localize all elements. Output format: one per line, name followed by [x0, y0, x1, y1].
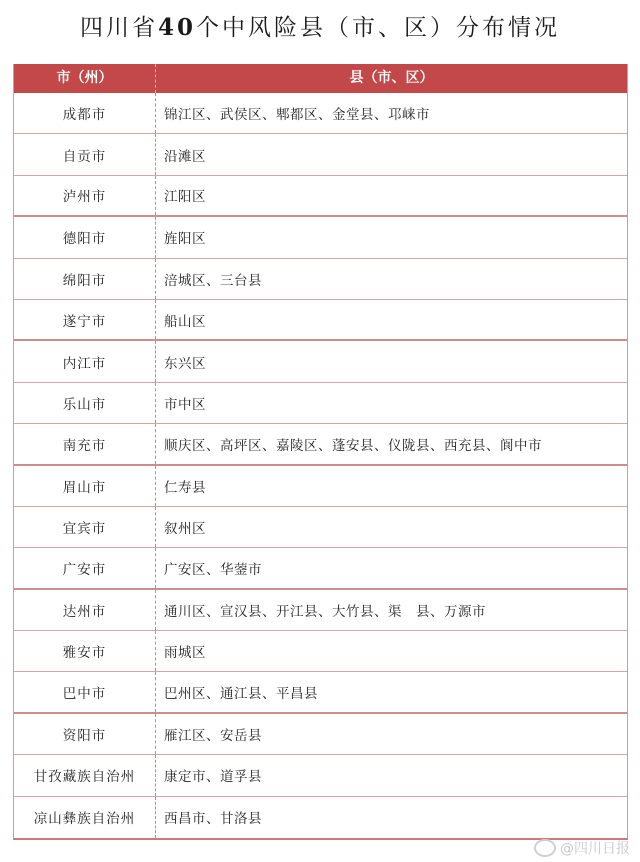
counties-cell: 市中区 — [156, 383, 627, 423]
city-cell: 达州市 — [14, 590, 156, 630]
counties-cell: 雨城区 — [156, 631, 627, 671]
city-cell: 泸州市 — [14, 176, 156, 215]
city-cell: 雅安市 — [14, 631, 156, 671]
table-row: 自贡市沿滩区 — [14, 134, 627, 175]
counties-cell: 康定市、道孚县 — [156, 755, 627, 795]
table-row: 绵阳市涪城区、三台县 — [14, 259, 627, 300]
table-row: 宜宾市叙州区 — [14, 507, 627, 548]
counties-cell: 沿滩区 — [156, 134, 627, 174]
table-row: 凉山彝族自治州西昌市、甘洛县 — [14, 797, 627, 838]
table-row: 资阳市雁江区、安岳县 — [14, 714, 627, 755]
city-cell: 南充市 — [14, 424, 156, 463]
counties-cell: 仁寿县 — [156, 466, 627, 506]
city-cell: 广安市 — [14, 548, 156, 587]
city-cell: 绵阳市 — [14, 259, 156, 299]
table-row: 成都市锦江区、武侯区、郫都区、金堂县、邛崃市 — [14, 93, 627, 134]
table-body: 成都市锦江区、武侯区、郫都区、金堂县、邛崃市 自贡市沿滩区 泸州市江阳区 德阳市… — [14, 93, 627, 838]
city-cell: 自贡市 — [14, 134, 156, 174]
risk-area-table: 市（州） 县（市、区） 成都市锦江区、武侯区、郫都区、金堂县、邛崃市 自贡市沿滩… — [13, 64, 628, 840]
city-cell: 眉山市 — [14, 466, 156, 506]
title-number: 40 — [158, 14, 196, 41]
title-suffix: 个中风险县（市、区）分布情况 — [196, 15, 560, 41]
table-row: 巴中市巴州区、通江县、平昌县 — [14, 672, 627, 713]
page-title: 四川省40个中风险县（市、区）分布情况 — [0, 10, 640, 46]
counties-cell: 东兴区 — [156, 341, 627, 381]
weibo-icon — [534, 839, 556, 857]
table-row: 乐山市市中区 — [14, 383, 627, 424]
table-row: 雅安市雨城区 — [14, 631, 627, 672]
city-cell: 甘孜藏族自治州 — [14, 755, 156, 795]
table-header: 市（州） 县（市、区） — [14, 64, 627, 93]
city-cell: 遂宁市 — [14, 300, 156, 339]
city-cell: 成都市 — [14, 93, 156, 133]
table-row: 广安市广安区、华蓥市 — [14, 548, 627, 589]
watermark-text: @四川日报 — [560, 838, 630, 858]
table-row: 南充市顺庆区、高坪区、嘉陵区、蓬安县、仪陇县、西充县、阆中市 — [14, 424, 627, 465]
counties-cell: 船山区 — [156, 300, 627, 339]
city-cell: 凉山彝族自治州 — [14, 797, 156, 838]
counties-cell: 锦江区、武侯区、郫都区、金堂县、邛崃市 — [156, 93, 627, 133]
counties-cell: 江阳区 — [156, 176, 627, 215]
counties-cell: 雁江区、安岳县 — [156, 714, 627, 754]
counties-cell: 通川区、宣汉县、开江县、大竹县、渠 县、万源市 — [156, 590, 627, 630]
city-cell: 资阳市 — [14, 714, 156, 754]
table-row: 德阳市旌阳区 — [14, 217, 627, 258]
counties-cell: 涪城区、三台县 — [156, 259, 627, 299]
city-cell: 巴中市 — [14, 672, 156, 711]
counties-cell: 顺庆区、高坪区、嘉陵区、蓬安县、仪陇县、西充县、阆中市 — [156, 424, 627, 463]
counties-cell: 叙州区 — [156, 507, 627, 547]
city-cell: 德阳市 — [14, 217, 156, 257]
title-prefix: 四川省 — [80, 15, 158, 41]
city-cell: 乐山市 — [14, 383, 156, 423]
counties-cell: 巴州区、通江县、平昌县 — [156, 672, 627, 711]
table-row: 内江市东兴区 — [14, 341, 627, 382]
header-counties: 县（市、区） — [156, 64, 627, 93]
header-city: 市（州） — [14, 64, 156, 93]
city-cell: 宜宾市 — [14, 507, 156, 547]
table-row: 甘孜藏族自治州康定市、道孚县 — [14, 755, 627, 796]
watermark: @四川日报 — [534, 838, 630, 858]
city-cell: 内江市 — [14, 341, 156, 381]
table-row: 眉山市仁寿县 — [14, 466, 627, 507]
counties-cell: 西昌市、甘洛县 — [156, 797, 627, 838]
table-row: 达州市通川区、宣汉县、开江县、大竹县、渠 县、万源市 — [14, 590, 627, 631]
table-row: 遂宁市船山区 — [14, 300, 627, 341]
counties-cell: 旌阳区 — [156, 217, 627, 257]
counties-cell: 广安区、华蓥市 — [156, 548, 627, 587]
table-row: 泸州市江阳区 — [14, 176, 627, 217]
